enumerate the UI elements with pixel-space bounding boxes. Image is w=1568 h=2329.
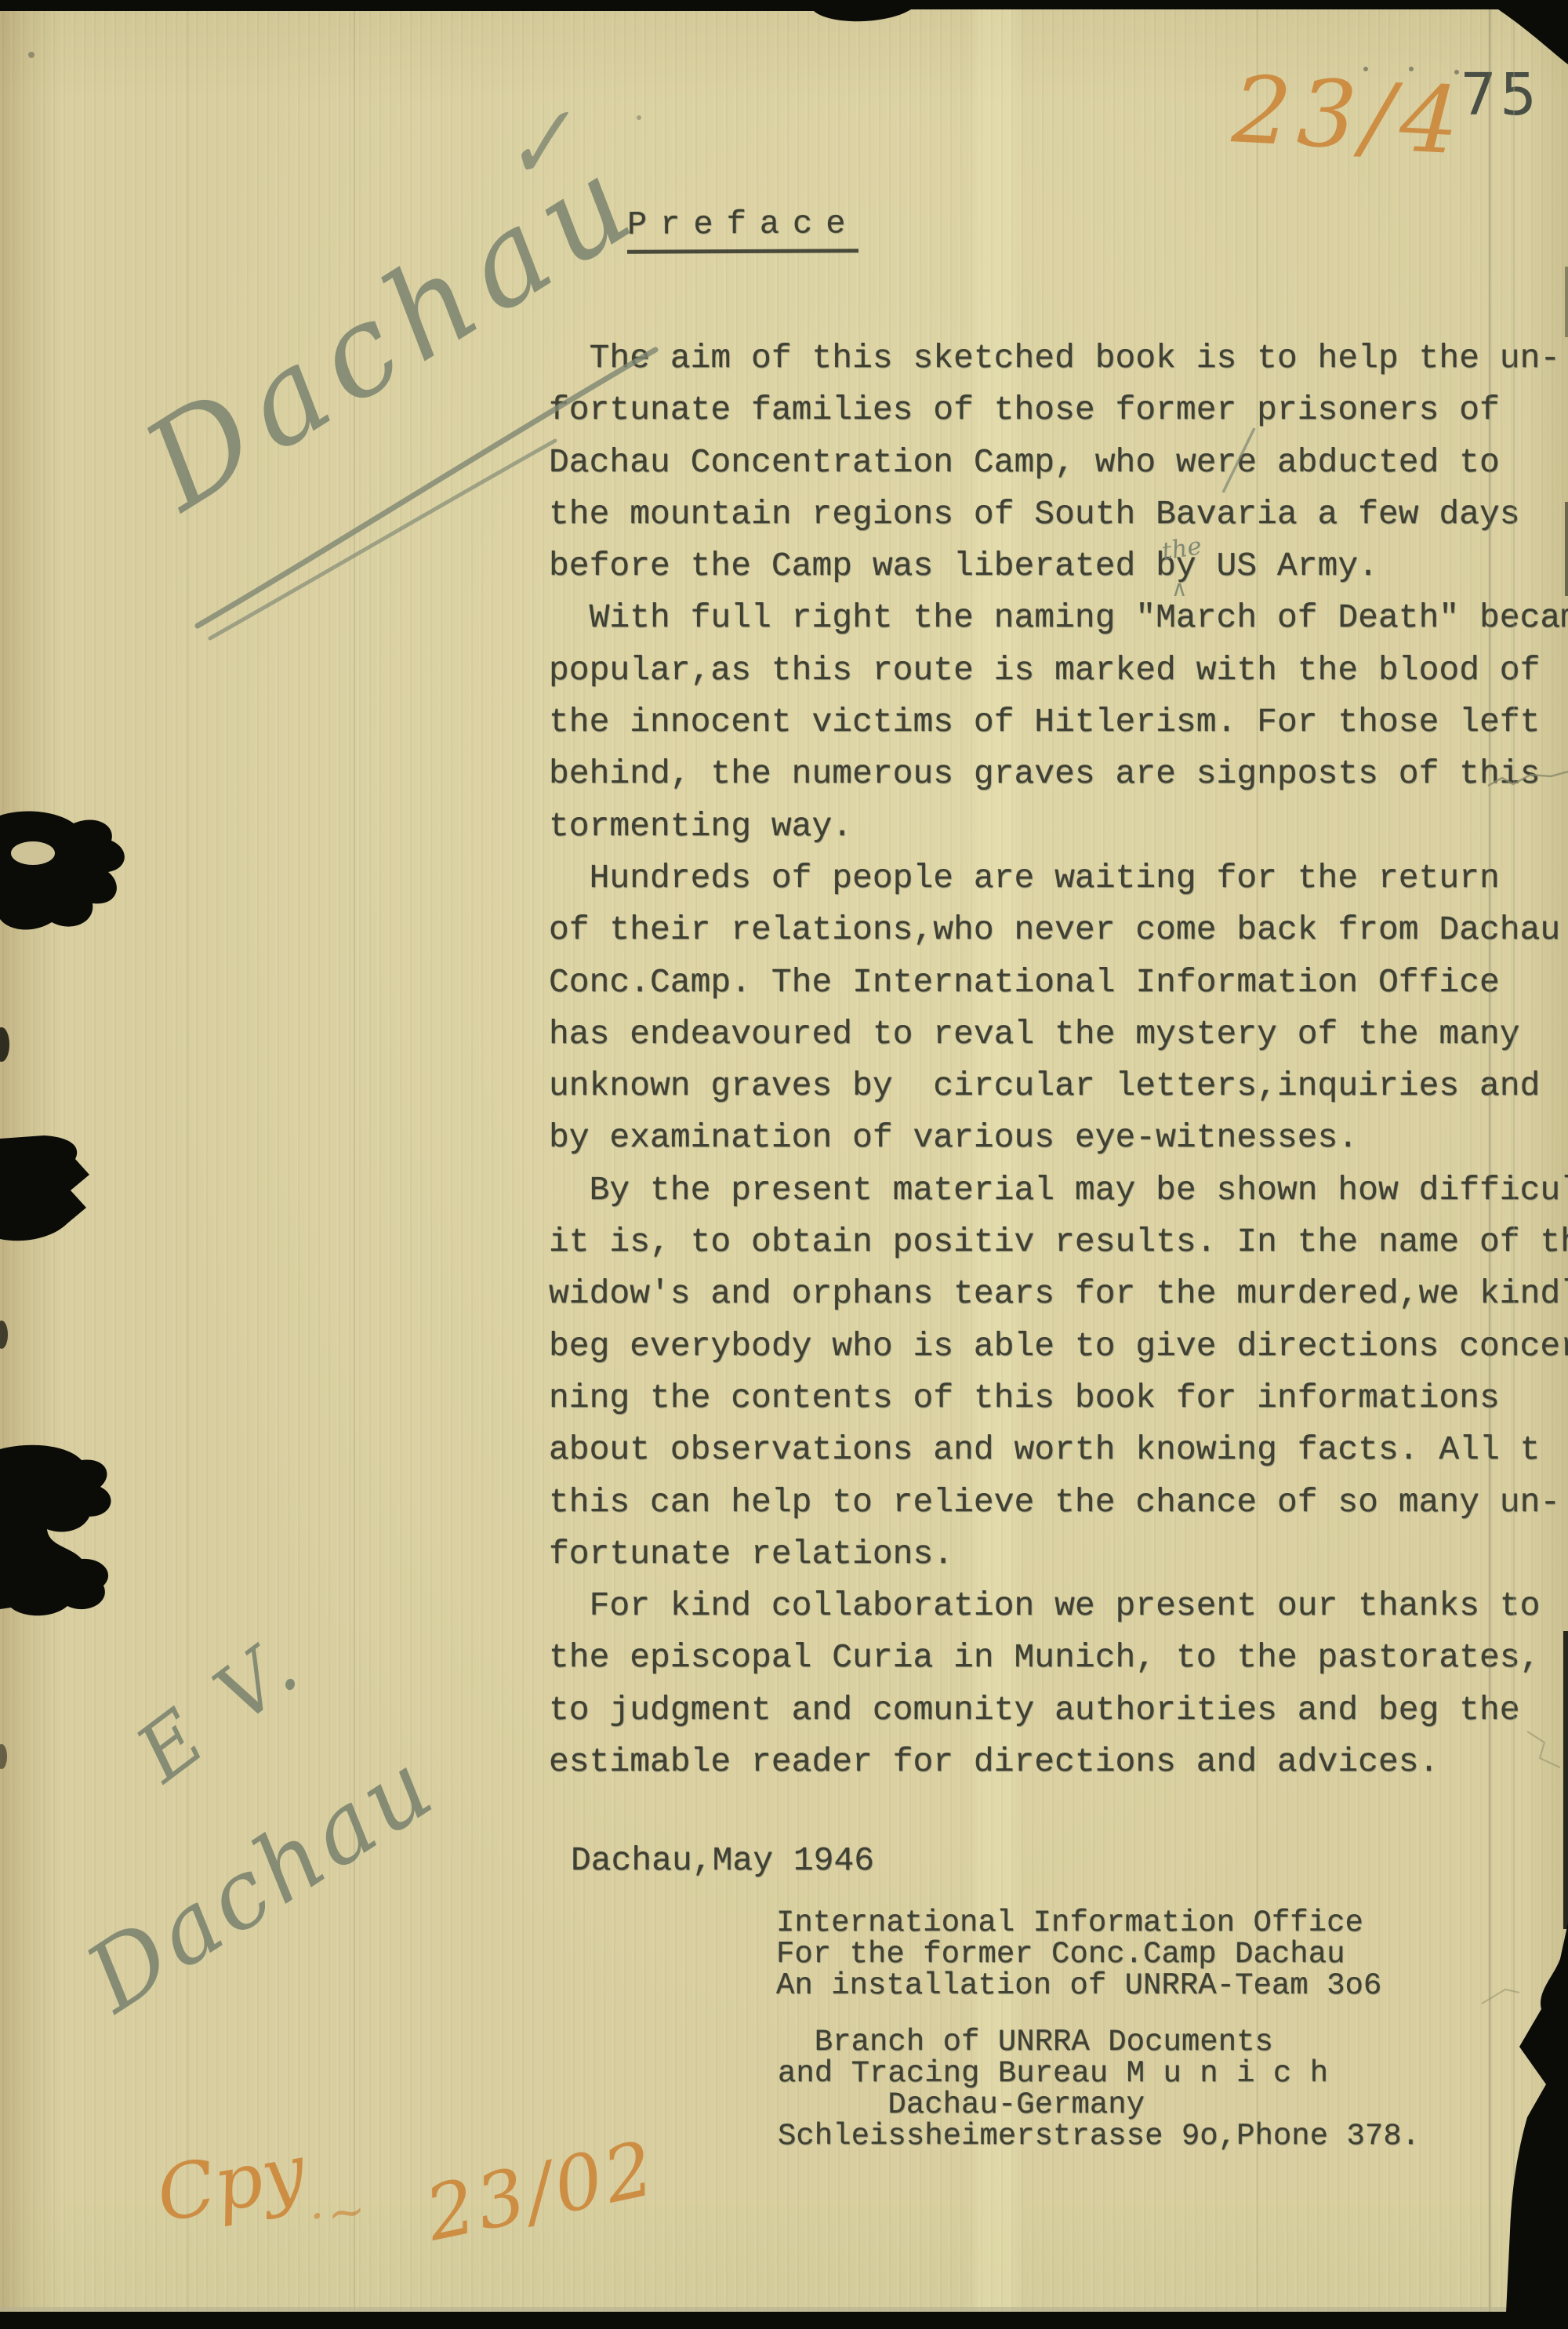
page-number: 75 bbox=[1460, 61, 1540, 129]
orange-squiggle-annotation: ·∼ bbox=[307, 2182, 372, 2244]
signature-line: International Information Office bbox=[776, 1907, 1381, 1938]
body-line: By the present material may be shown how… bbox=[549, 1164, 1568, 1216]
top-right-corner-tear bbox=[1496, 0, 1568, 64]
body-line: before the Camp was liberated by US Army… bbox=[549, 540, 1568, 592]
orange-fraction-annotation: 23/4 bbox=[1230, 55, 1468, 175]
body-line: fortunate families of those former priso… bbox=[549, 384, 1568, 436]
body-text: The aim of this sketched book is to help… bbox=[549, 332, 1568, 1788]
orange-cpy-annotation: Cpy bbox=[151, 2127, 312, 2239]
page-title: Preface bbox=[627, 205, 858, 254]
pencil-dachau-annotation-bottom: Dachau bbox=[68, 1730, 455, 2033]
body-line: the mountain regions of South Bavaria a … bbox=[549, 489, 1568, 540]
bottom-right-corner-tear bbox=[1505, 1923, 1568, 2329]
body-line: the innocent victims of Hitlerism. For t… bbox=[549, 696, 1568, 748]
body-line: Conc.Camp. The International Information… bbox=[549, 957, 1568, 1008]
body-line: it is, to obtain positiv results. In the… bbox=[549, 1216, 1568, 1268]
body-line: ning the contents of this book for infor… bbox=[549, 1372, 1568, 1424]
body-line: has endeavoured to reval the mystery of … bbox=[549, 1008, 1568, 1060]
body-line: to judgment and comunity authorities and… bbox=[549, 1684, 1568, 1736]
body-line: this can help to relieve the chance of s… bbox=[549, 1477, 1568, 1528]
signature-line: For the former Conc.Camp Dachau bbox=[776, 1938, 1381, 1970]
scanned-document-page: ✓ Dachau 23/4 75 Preface The aim of this… bbox=[0, 0, 1568, 2329]
body-line: popular,as this route is marked with the… bbox=[549, 645, 1568, 696]
body-line: tormenting way. bbox=[549, 801, 1568, 852]
signature-line: Schleissheimerstrasse 9o,Phone 378. bbox=[778, 2120, 1420, 2152]
body-line: beg everybody who is able to give direct… bbox=[549, 1321, 1568, 1372]
body-line: by examination of various eye-witnesses. bbox=[549, 1112, 1568, 1164]
left-edge-nubs bbox=[0, 1027, 9, 1769]
bottom-edge-band bbox=[0, 2307, 1568, 2329]
signature-line: Branch of UNRRA Documents bbox=[778, 2026, 1420, 2058]
body-line: Dachau Concentration Camp, who were abdu… bbox=[549, 437, 1568, 489]
signature-line: and Tracing Bureau M u n i c h bbox=[778, 2058, 1420, 2089]
left-edge-ink-blob-2 bbox=[0, 1135, 89, 1241]
orange-number-annotation: 23/02 bbox=[419, 2124, 664, 2258]
body-line: behind, the numerous graves are signpost… bbox=[549, 748, 1568, 800]
left-edge-ink-blob-1 bbox=[0, 812, 125, 930]
dateline: Dachau,May 1946 bbox=[571, 1841, 874, 1880]
top-edge-band bbox=[0, 0, 1568, 21]
signature-block-office: International Information OfficeFor the … bbox=[776, 1907, 1381, 2001]
signature-line: An installation of UNRRA-Team 3o6 bbox=[776, 1970, 1381, 2001]
pencil-ev-annotation: E V. bbox=[120, 1617, 320, 1800]
body-line: about observations and worth knowing fac… bbox=[549, 1424, 1568, 1476]
body-line: estimable reader for directions and advi… bbox=[549, 1736, 1568, 1788]
body-line: Hundreds of people are waiting for the r… bbox=[549, 852, 1568, 904]
body-line: of their relations,who never come back f… bbox=[549, 904, 1568, 956]
pencil-insertion-caret: ∧ bbox=[1171, 576, 1188, 601]
body-line: For kind collaboration we present our th… bbox=[549, 1580, 1568, 1632]
body-line: unknown graves by circular letters,inqui… bbox=[549, 1060, 1568, 1112]
body-line: the episcopal Curia in Munich, to the pa… bbox=[549, 1632, 1568, 1684]
body-line: fortunate relations. bbox=[549, 1528, 1568, 1580]
signature-block-bureau: Branch of UNRRA Documentsand Tracing Bur… bbox=[778, 2026, 1420, 2152]
body-line: The aim of this sketched book is to help… bbox=[549, 332, 1568, 384]
body-line: widow's and orphans tears for the murder… bbox=[549, 1268, 1568, 1320]
body-line: With full right the naming "March of Dea… bbox=[549, 592, 1568, 644]
signature-line: Dachau-Germany bbox=[778, 2089, 1420, 2120]
left-edge-ink-blob-3 bbox=[0, 1445, 111, 1616]
